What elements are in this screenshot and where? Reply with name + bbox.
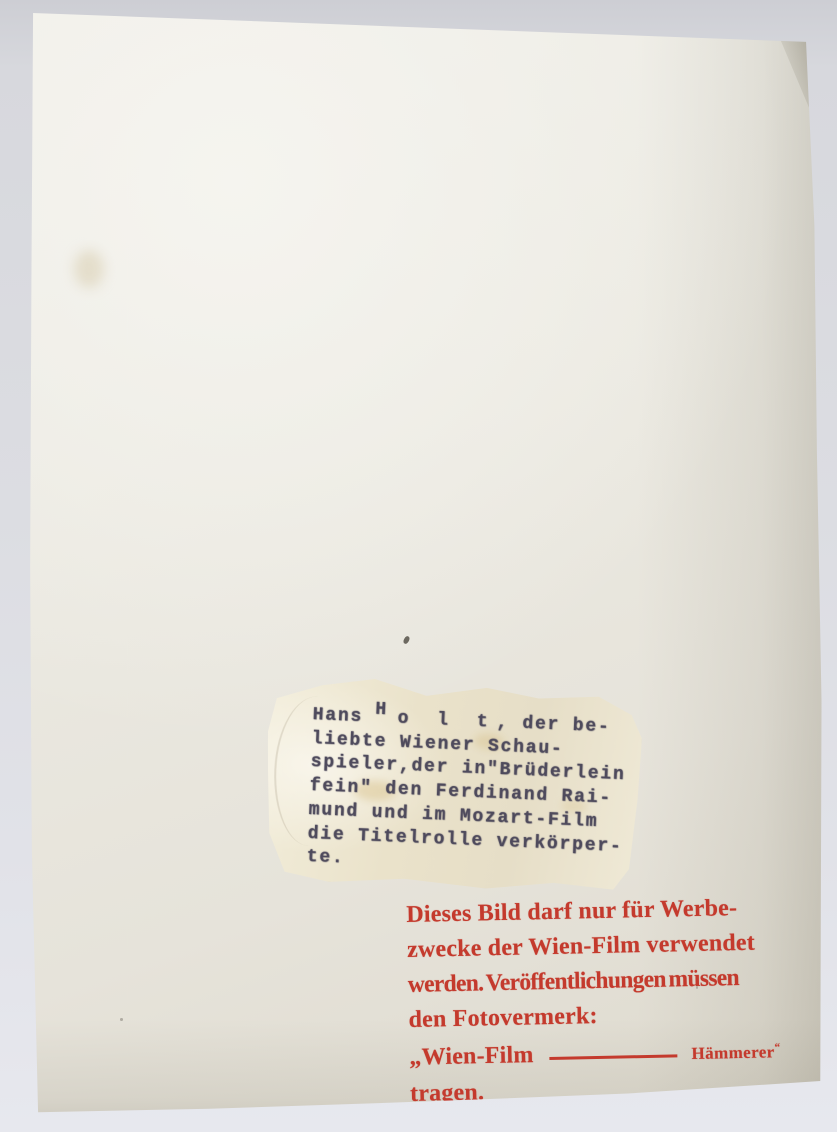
paper-smudge — [74, 250, 104, 288]
wien-film-usage-stamp: Dieses Bild darf nur für Werbe- zwecke d… — [406, 890, 810, 1112]
ink-speck — [120, 1018, 123, 1021]
typed-caption-label: HansHo l t,der be- liebte Wiener Schau- … — [262, 668, 645, 894]
stamp-blank-line — [550, 1054, 678, 1060]
typed-spaced-name: o l t, — [397, 709, 517, 734]
typed-word: der be- — [522, 714, 611, 738]
stamp-quote-open: „ — [409, 1044, 422, 1070]
ink-speck — [402, 635, 410, 644]
stamp-credit-name: Wien-Film — [421, 1042, 534, 1070]
typewritten-text: HansHo l t,der be- liebte Wiener Schau- … — [306, 704, 633, 883]
typed-raised-letter: H — [375, 700, 388, 721]
stamp-line: tragen. — [410, 1068, 811, 1111]
bent-corner-crease — [772, 36, 810, 110]
stamp-quote-close: “ — [774, 1041, 780, 1053]
typed-word: Hans — [312, 705, 363, 727]
photo-paper-back: HansHo l t,der be- liebte Wiener Schau- … — [0, 0, 837, 1132]
stamp-photographer-name: Hämmerer“ — [691, 1042, 780, 1063]
